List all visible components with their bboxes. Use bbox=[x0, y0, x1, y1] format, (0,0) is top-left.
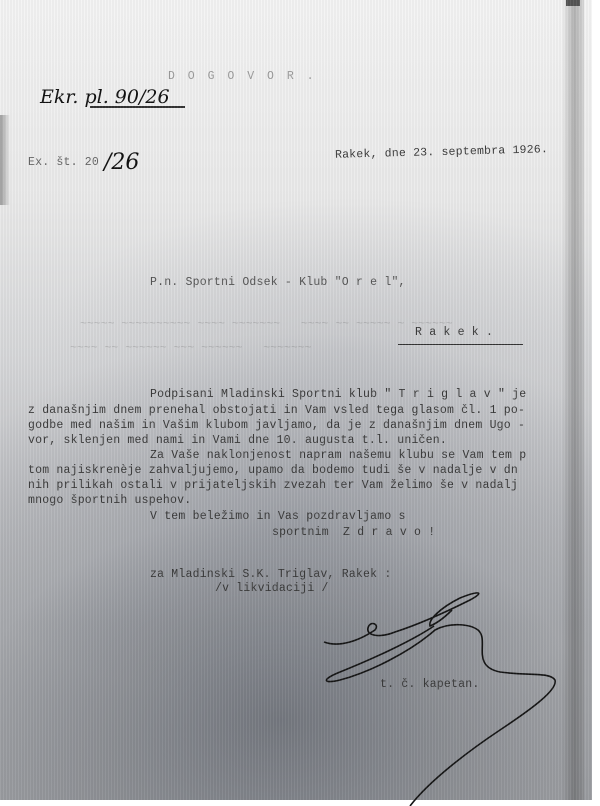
body-line: nih prilikah ostali v prijateljskih zvez… bbox=[28, 479, 518, 492]
body-line: z današnjim dnem prenehal obstojati in V… bbox=[28, 404, 525, 417]
closing-line: V tem beležimo in Vas pozdravljamo s bbox=[150, 510, 406, 523]
body-line: Podpisani Mladinski Sportni klub " T r i… bbox=[150, 388, 526, 401]
body-line: vor, sklenjen med nami in Vami dne 10. a… bbox=[28, 434, 447, 447]
bleed-through-text: ~~~~ ~~ ~~~~~~ ~~~ ~~~~~~ ~~~~~~~ bbox=[70, 342, 312, 355]
body-line: godbe med našim in Vašim klubom javljamo… bbox=[28, 419, 525, 432]
handwritten-underline bbox=[90, 106, 185, 108]
reference-handwritten-suffix: /26 bbox=[104, 150, 139, 175]
scanned-letter-page: ~~~~~ ~~~~~~~~~~ ~~~~ ~~~~~~~ ~~~~ ~~ ~~… bbox=[0, 0, 592, 800]
addressee-line: P.n. Sportni Odsek - Klub "O r e l", bbox=[150, 276, 406, 289]
corner-mark bbox=[566, 0, 580, 6]
date-line: Rakek, dne 23. septembra 1926. bbox=[335, 143, 548, 162]
faint-heading: D O G O V O R . bbox=[168, 70, 317, 83]
body-line: Za Vaše naklonjenost napram našemu klubu… bbox=[150, 449, 526, 462]
city-underline bbox=[398, 344, 523, 345]
handwritten-reference: Ekr. pl. 90/26 bbox=[40, 86, 170, 108]
greeting: sportnim Z d r a v o ! bbox=[272, 526, 435, 539]
bleed-through-text: ~~~~~ ~~~~~~~~~~ ~~~~ ~~~~~~~ ~~~~ ~~ ~~… bbox=[80, 318, 453, 331]
left-edge-shadow bbox=[0, 115, 10, 205]
reference-number: Ex. št. 20 bbox=[28, 156, 99, 169]
body-line: mnogo športnih uspehov. bbox=[28, 494, 191, 507]
handwritten-signature bbox=[300, 580, 600, 806]
addressee-city: R a k e k . bbox=[415, 326, 493, 339]
body-line: tom najiskrenèje zahvaljujemo, upamo da … bbox=[28, 464, 518, 477]
